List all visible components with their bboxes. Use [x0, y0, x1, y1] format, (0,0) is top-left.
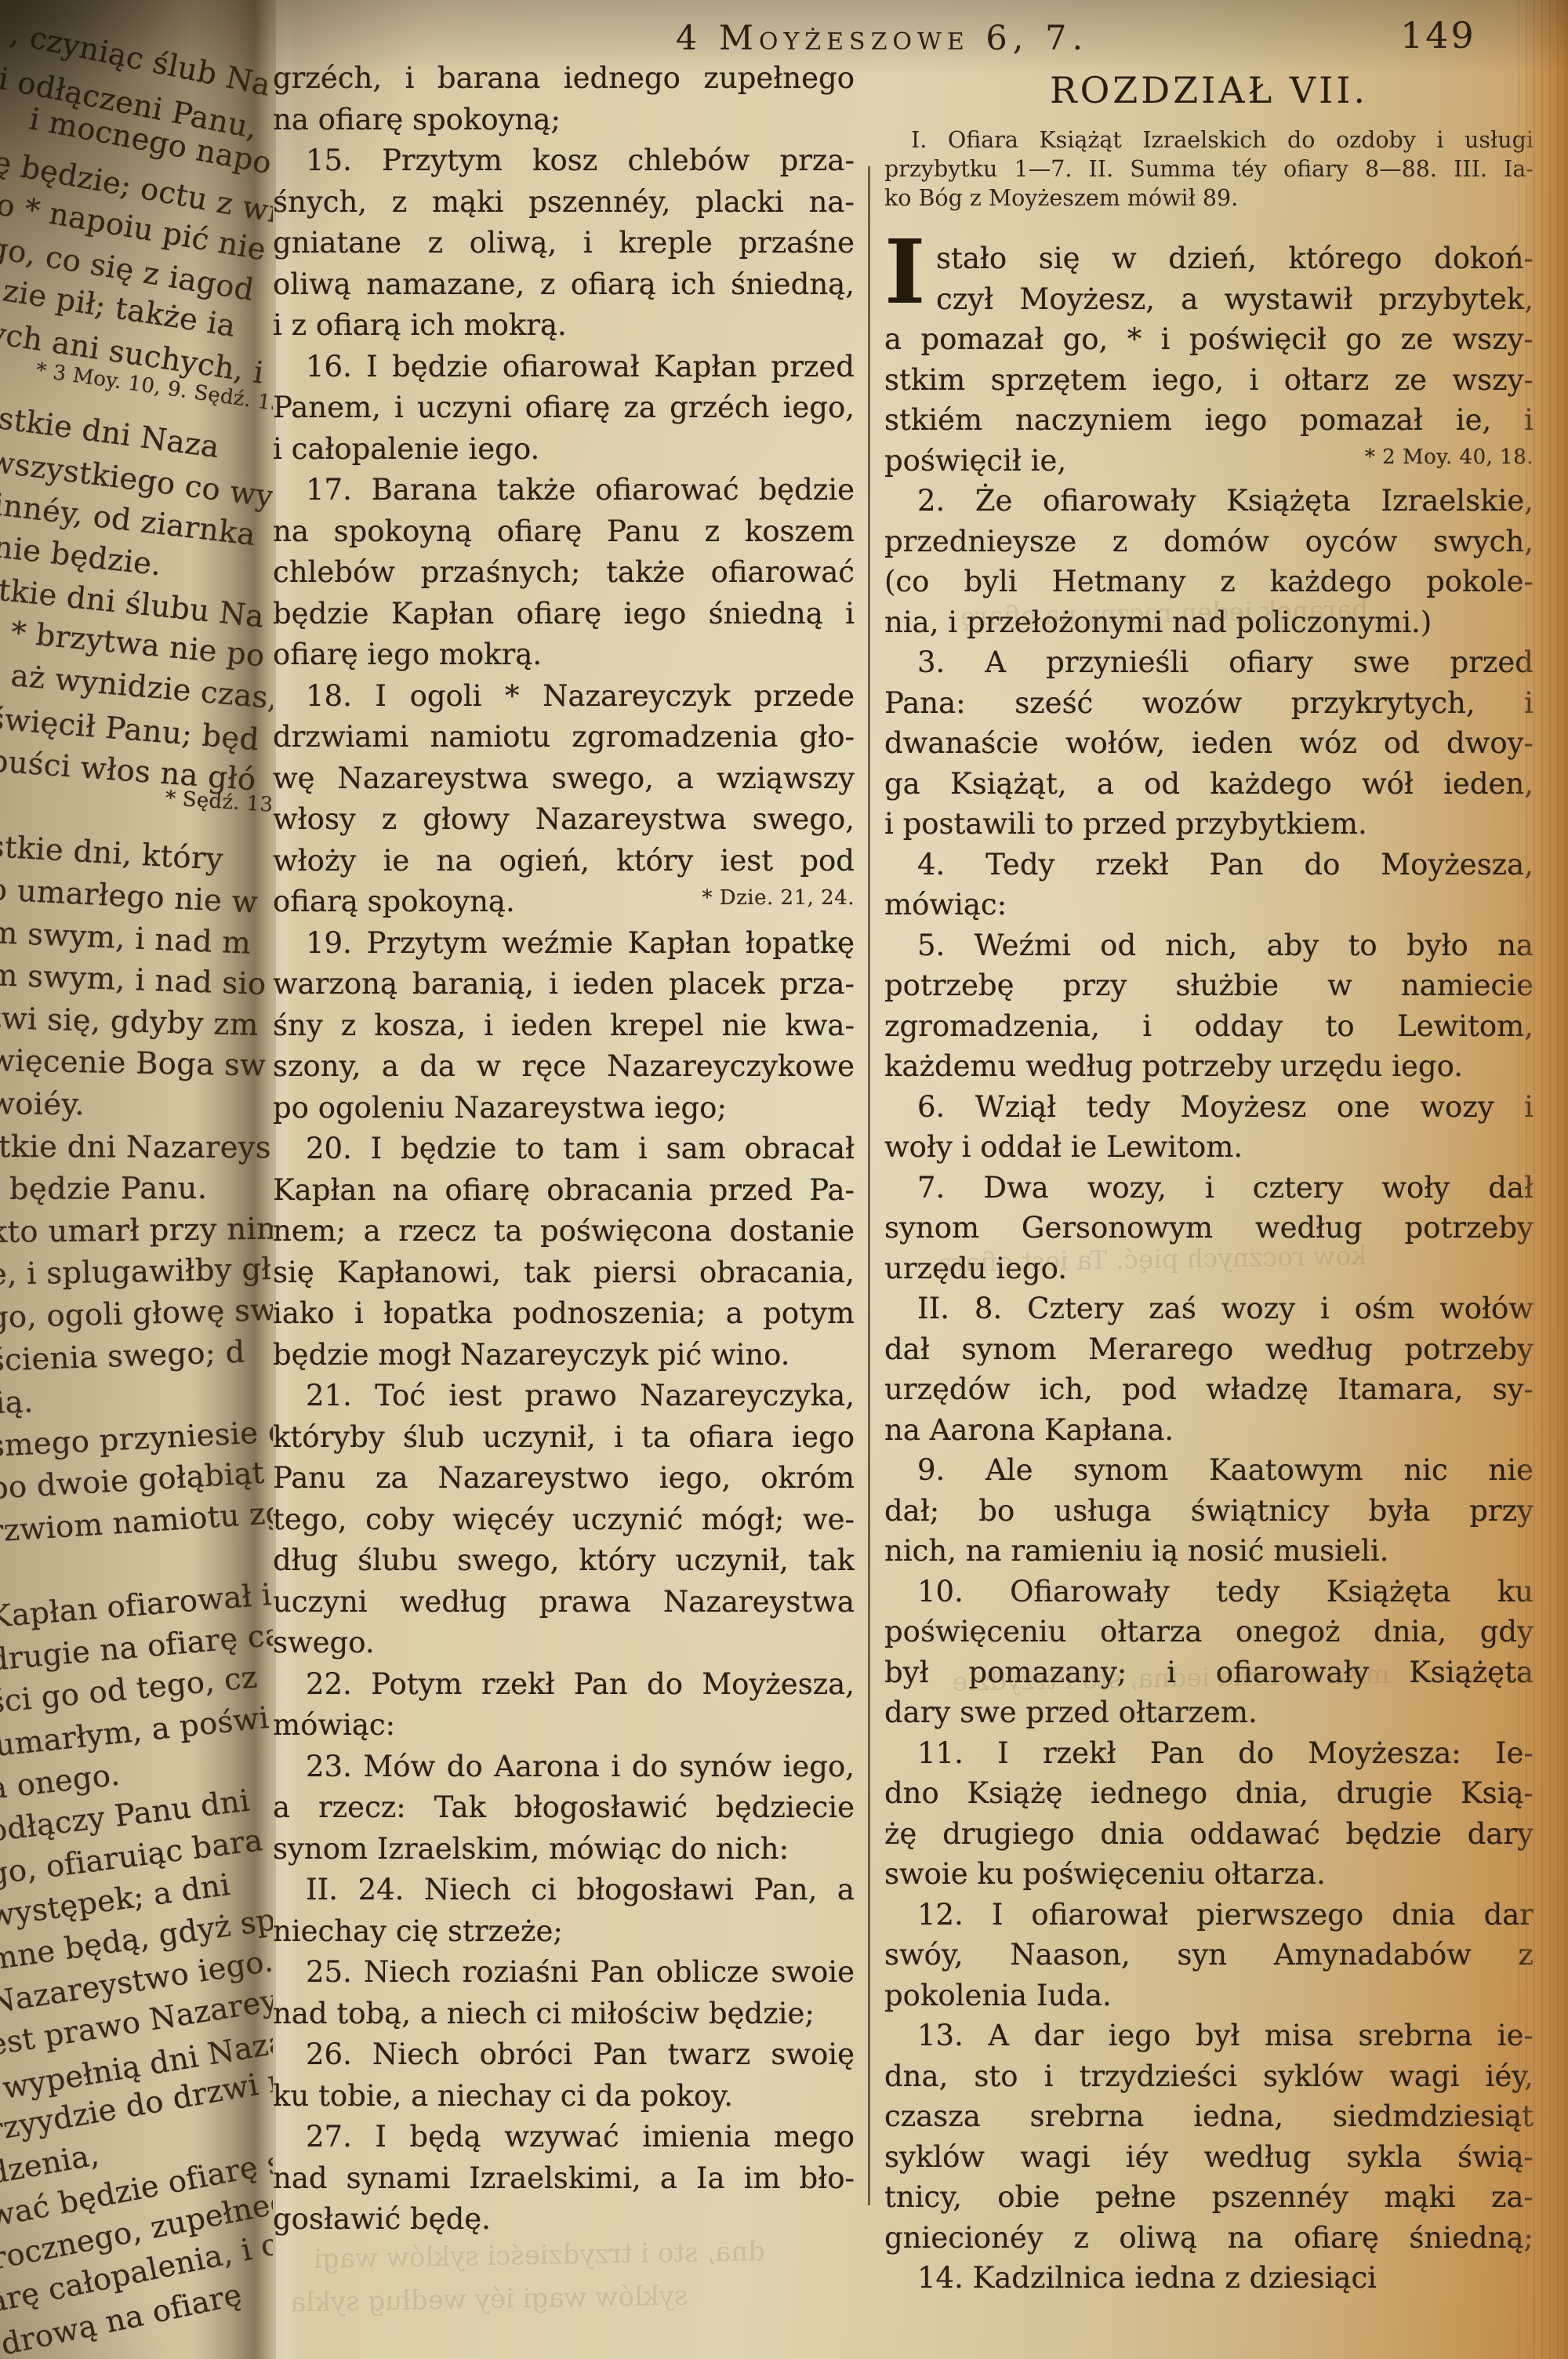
text-line: dług ślubu swego, który uczynił, tak: [273, 1540, 855, 1582]
text-line: będzie Kapłan ofiarę iego śniedną i: [273, 594, 855, 635]
text-line: czył Moyżesz, a wystawił przybytek,: [884, 279, 1534, 320]
text-line: gniecionéy z oliwą na ofiarę śniedną;: [884, 2218, 1534, 2259]
text-line: poświęcił ie,* 2 Moy. 40, 18.: [884, 441, 1534, 482]
text-line: każdemu według potrzeby urzędu iego.: [884, 1046, 1534, 1087]
text-line: nad synami Izraelskimi, a Ia im bło-: [273, 2158, 855, 2200]
text-line: 9. Ale synom Kaatowym nic nie: [884, 1450, 1534, 1491]
text-line: dał synom Merarego według potrzeby: [884, 1329, 1534, 1370]
chapter-body: I stało się w dzień, którego dokoń-czył …: [884, 238, 1534, 2299]
text-line: a pomazał go, * i poświęcił go ze wszy-: [884, 319, 1534, 360]
text-line: swóy, Naason, syn Amynadabów z: [884, 1935, 1534, 1976]
text-line: był pomazany; i ofiarowały Książęta: [884, 1652, 1534, 1693]
text-line: 18. I ogoli * Nazareyczyk przede: [273, 676, 855, 718]
text-line: urzędu iego.: [884, 1249, 1534, 1289]
text-line: e, i splugawiłby gło: [0, 1252, 273, 1292]
text-line: Panem, i uczyni ofiarę za grzéch iego,: [273, 387, 855, 429]
text-line: śny z kosza, i ieden krepel nie kwa-: [273, 1005, 855, 1047]
text-line: będzie Panu.: [9, 1171, 207, 1207]
text-line: tkie dni Nazareys: [0, 1129, 271, 1165]
text-line: ko Bóg z Moyżeszem mówił 89.: [884, 184, 1534, 213]
text-line: kto umarł przy nim: [0, 1211, 273, 1250]
text-line: swego.: [273, 1623, 855, 1664]
text-line: się Kapłanowi, tak piersi obracania,: [273, 1252, 855, 1294]
text-line: przybytku 1—7. II. Summa téy ofiary 8—88…: [884, 154, 1534, 184]
book-page-photo: dna, sto i trzydzieści syklów wagisyklów…: [0, 0, 1568, 2359]
text-line: i całopalenie iego.: [273, 429, 855, 471]
text-line: na ofiarę spokoyną;: [273, 100, 855, 141]
text-line: zgromadzenia, i odday to Lewitom,: [884, 1006, 1534, 1047]
text-line: 13. A dar iego był misa srebrna ie-: [884, 2016, 1534, 2056]
text-line: woiéy.: [0, 1086, 85, 1122]
text-line: syklów wagi iéy według sykla: [290, 2281, 688, 2319]
text-line: 16. I będzie ofiarował Kapłan przed: [273, 347, 855, 388]
text-line: dary swe przed ołtarzem.: [884, 1692, 1534, 1733]
text-line: uczyni według prawa Nazareystwa: [273, 1582, 855, 1623]
text-line: ga Książąt, a od każdego wół ieden,: [884, 764, 1534, 805]
text-line: 20. I będzie to tam i sam obracał: [273, 1129, 855, 1170]
text-line: nich, na ramieniu ią nosić musieli.: [884, 1531, 1534, 1572]
text-line: 26. Niech obróci Pan twarz swoię: [273, 2034, 855, 2076]
text-line: więcenie Boga sw: [0, 1043, 267, 1084]
text-line: 14. Kadzilnica iedna z dziesiąci: [884, 2258, 1534, 2299]
text-line: nem; a rzecz ta poświęcona dostanie: [273, 1211, 855, 1252]
text-line: 12. I ofiarował pierwszego dnia dar: [884, 1895, 1534, 1936]
page-number: 149: [1400, 14, 1476, 56]
text-line: będzie mogł Nazareyczyk pić wino.: [273, 1335, 855, 1376]
text-line: żę drugiego dnia oddawać będzie dary: [884, 1814, 1534, 1855]
text-line: dno Książę iednego dnia, drugie Ksią-: [884, 1773, 1534, 1814]
text-line: 2. Że ofiarowały Książęta Izraelskie,: [884, 481, 1534, 522]
text-line: * Sędź. 13: [165, 787, 273, 817]
chapter-heading: ROZDZIAŁ VII.: [884, 69, 1534, 111]
text-line: szony, a da w ręce Nazareyczykowe: [273, 1046, 855, 1088]
text-line: 10. Ofiarowały tedy Książęta ku: [884, 1572, 1534, 1612]
text-line: mówiąc:: [884, 885, 1534, 925]
text-line: i postawili to przed przybytkiem.: [884, 804, 1534, 845]
footnote-reference: * Dzie. 21, 24.: [702, 888, 855, 908]
text-line: stkie dni, który: [0, 829, 224, 878]
text-line: a rzecz: Tak błogosławić będziecie: [273, 1787, 855, 1829]
text-line: stkiém naczyniem iego pomazał ie, i: [884, 400, 1534, 441]
text-line: 11. I rzekł Pan do Moyżesza: Ie-: [884, 1733, 1534, 1774]
text-line: i z ofiarą ich mokrą.: [273, 305, 855, 347]
chapter-summary: I. Ofiara Książąt Izraelskich do ozdoby …: [884, 125, 1534, 213]
column-rule: [868, 166, 870, 2205]
text-line: gniatane z oliwą, i kreple przaśne: [273, 223, 855, 264]
text-line: Pana: sześć wozów przykrytych, i: [884, 683, 1534, 724]
text-line: któryby ślub uczynił, i ta ofiara iego: [273, 1417, 855, 1459]
text-line: nad tobą, a niech ci miłościw będzie;: [273, 1994, 855, 2035]
text-line: II. 24. Niech ci błogosławi Pan, a: [273, 1870, 855, 1911]
text-line: chlebów przaśnych; także ofiarować: [273, 552, 855, 594]
running-title: 4 Moyżeszowe 6, 7.: [270, 19, 1494, 58]
text-line: przednieysze z domów oyców swych,: [884, 522, 1534, 562]
text-line: Kapłan na ofiarę obracania przed Pa-: [273, 1170, 855, 1212]
middle-column: grzéch, i barana iednego zupełnegona ofi…: [273, 58, 855, 2241]
text-line: ią.: [0, 1384, 34, 1421]
text-line: oliwą namazane, z ofiarą ich śniedną,: [273, 264, 855, 306]
text-line: wę Nazareystwa swego, a wziąwszy: [273, 758, 855, 800]
text-line: I. Ofiara Książąt Izraelskich do ozdoby …: [884, 125, 1534, 154]
text-line: swoie ku poświęceniu ołtarza.: [884, 1854, 1534, 1895]
left-column: , czyniąc ślub Nali odłączeni Panu,i moc…: [0, 0, 273, 2359]
text-line: tnicy, obie pełne pszennéy mąki za-: [884, 2177, 1534, 2218]
text-line: włosy z głowy Nazareystwa swego,: [273, 799, 855, 841]
text-line: dna, sto i trzydzieści syklów wagi: [314, 2236, 766, 2275]
text-line: II. 8. Cztery zaś wozy i ośm wołów: [884, 1289, 1534, 1329]
text-line: poświęceniu ołtarza onegoż dnia, gdy: [884, 1612, 1534, 1652]
text-line: 19. Przytym weźmie Kapłan łopatkę: [273, 923, 855, 965]
text-line: na spokoyną ofiarę Panu z koszem: [273, 511, 855, 553]
text-line: go, ogoli głowę sw: [0, 1292, 273, 1336]
text-line: syklów wagi iéy według sykla świą-: [884, 2137, 1534, 2178]
text-line: stkim sprzętem iego, i ołtarz ze wszy-: [884, 360, 1534, 401]
text-line: ku tobie, a niechay ci da pokoy.: [273, 2076, 855, 2117]
text-line: (co byli Hetmany z każdego pokole-: [884, 562, 1534, 602]
text-line: ofiarę iego mokrą.: [273, 634, 855, 676]
text-line: po ogoleniu Nazareystwa iego;: [273, 1088, 855, 1129]
text-line: drzwiami namiotu zgromadzenia gło-: [273, 717, 855, 758]
text-line: 4. Tedy rzekł Pan do Moyżesza,: [884, 845, 1534, 885]
right-column: ROZDZIAŁ VII. I. Ofiara Książąt Izraelsk…: [884, 69, 1534, 2299]
text-line: mówiąc:: [273, 1705, 855, 1747]
text-line: nia, i przełożonymi nad policzonymi.): [884, 602, 1534, 643]
text-line: 22. Potym rzekł Pan do Moyżesza,: [273, 1664, 855, 1706]
text-line: synom Gersonowym według potrzeby: [884, 1208, 1534, 1249]
text-line: gosławić będę.: [273, 2199, 855, 2241]
text-line: grzéch, i barana iednego zupełnego: [273, 58, 855, 100]
text-line: potrzebę przy służbie w namiecie: [884, 965, 1534, 1006]
text-line: iako i łopatka podnoszenia; a potym: [273, 1293, 855, 1335]
text-line: synom Izraelskim, mówiąc do nich:: [273, 1829, 855, 1870]
text-line: warzoną baranią, i ieden placek prza-: [273, 964, 855, 1005]
text-line: 27. I będą wzywać imienia mego: [273, 2117, 855, 2158]
text-line: 17. Barana także ofiarować będzie: [273, 470, 855, 511]
footnote-reference: * 2 Moy. 40, 18.: [1365, 447, 1534, 467]
text-line: ofiarą spokoyną.* Dzie. 21, 24.: [273, 881, 855, 923]
text-line: urzędów ich, pod władzę Itamara, sy-: [884, 1369, 1534, 1410]
text-line: m swym, i nad m: [0, 915, 252, 961]
text-line: na Aarona Kapłana.: [884, 1410, 1534, 1451]
text-line: 25. Niech roziaśni Pan oblicze swoie: [273, 1952, 855, 1994]
text-line: pokolenia Iuda.: [884, 1976, 1534, 2016]
drop-cap: I: [884, 234, 925, 313]
text-line: twi się, gdyby zm: [0, 1001, 259, 1043]
text-line: ścienia swego; d: [0, 1334, 245, 1378]
text-line: Panu za Nazareystwo iego, okróm: [273, 1458, 855, 1499]
text-line: dwanaście wołów, ieden wóz od dwoy-: [884, 723, 1534, 764]
text-line: tego, coby więcéy uczynić mógł; we-: [273, 1499, 855, 1541]
verse-text: ofiarą spokoyną.: [273, 881, 515, 923]
text-line: 3. A przynieśli ofiary swe przed: [884, 642, 1534, 683]
text-line: 23. Mów do Aarona i do synów iego,: [273, 1747, 855, 1788]
text-line: śnych, z mąki pszennéy, placki na-: [273, 182, 855, 224]
text-line: stało się w dzień, którego dokoń-: [884, 238, 1534, 279]
text-line: włoży ie na ogień, który iest pod: [273, 841, 855, 882]
verse-text: poświęcił ie,: [884, 441, 1066, 482]
text-line: 7. Dwa wozy, i cztery woły dał: [884, 1168, 1534, 1209]
text-line: dna, sto i trzydzieści syklów wagi iéy,: [884, 2056, 1534, 2097]
text-line: czasza srebrna iedna, siedmdziesiąt: [884, 2096, 1534, 2137]
text-line: dał; bo usługa świątnicy była przy: [884, 1491, 1534, 1532]
text-line: 15. Przytym kosz chlebów prza-: [273, 140, 855, 182]
text-line: a onego.: [0, 1757, 122, 1806]
text-line: 5. Weźmi od nich, aby to było na: [884, 925, 1534, 966]
text-line: o umarłego nie w: [0, 872, 259, 921]
text-line: woły i oddał ie Lewitom.: [884, 1127, 1534, 1168]
text-line: 6. Wziął tedy Moyżesz one wozy i: [884, 1087, 1534, 1128]
text-line: m swym, i nad sio: [0, 958, 267, 1002]
text-line: niechay cię strzeże;: [273, 1911, 855, 1953]
text-line: 21. Toć iest prawo Nazareyczyka,: [273, 1376, 855, 1417]
